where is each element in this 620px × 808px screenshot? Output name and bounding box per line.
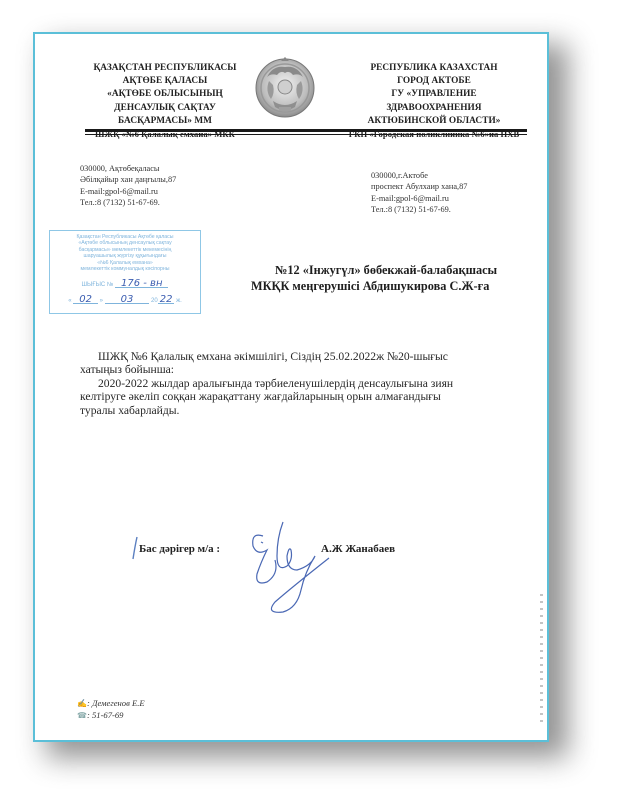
document-viewer: ҚАЗАҚСТАН РЕСПУБЛИКАСЫ АҚТӨБЕ ҚАЛАСЫ «АҚ…	[0, 0, 620, 808]
executor-line: ✍: Демегенов Е.Е	[77, 698, 145, 710]
header-left-line: «АҚТӨБЕ ОБЛЫСЫНЫҢ	[79, 88, 251, 101]
header-left-line: АҚТӨБЕ ҚАЛАСЫ	[79, 75, 251, 88]
stamp-date-suffix: ж.	[176, 298, 182, 304]
header-right-line: ЗДРАВООХРАНЕНИЯ	[339, 102, 529, 115]
scan-edge-artifact	[540, 594, 543, 724]
header-right-line: ГОРОД АКТОБЕ	[339, 75, 529, 88]
stamp-quote: «	[68, 298, 71, 304]
address-line: Әбілқайыр хан даңғылы,87	[80, 174, 176, 185]
signatory-name: А.Ж Жанабаев	[321, 543, 395, 555]
address-line: 030000, Ақтөбеқаласы	[80, 163, 176, 174]
state-emblem-icon	[253, 55, 317, 123]
stamp-date-month: 03	[105, 297, 150, 304]
pen-icon: ✍	[77, 699, 87, 708]
address-line: Тел.:8 (7132) 51-67-69.	[371, 204, 467, 215]
header-right-line: РЕСПУБЛИКА КАЗАХСТАН	[339, 62, 529, 75]
stamp-line: мемлекеттік коммуналдық кәсіпорны	[50, 266, 200, 272]
stamp-date-row: « 02 » 03 2022 ж.	[50, 297, 200, 304]
body-line: туралы хабарлайды.	[80, 404, 520, 417]
header-divider-thin	[85, 134, 527, 135]
address-line: Тел.:8 (7132) 51-67-69.	[80, 197, 176, 208]
addressee-line: №12 «Інжугүл» бөбекжай-балабақшасы	[251, 262, 551, 278]
addressee-block: №12 «Інжугүл» бөбекжай-балабақшасы МКҚК …	[251, 262, 551, 294]
address-left: 030000, Ақтөбеқаласы Әбілқайыр хан даңғы…	[80, 163, 176, 208]
body-line: 2020-2022 жылдар аралығында тәрбиеленуші…	[80, 377, 520, 390]
header-divider-thick	[85, 129, 527, 132]
body-line: хатыңыз бойынша:	[80, 363, 520, 376]
address-line: проспект Абулхаир хана,87	[371, 181, 467, 192]
executor-phone: : 51-67-69	[87, 710, 124, 720]
phone-line: ☎: 51-67-69	[77, 710, 145, 722]
outgoing-registration-stamp: Қазақстан Республикасы Ақтөбе қаласы «Ақ…	[49, 230, 201, 314]
header-right-line: ГУ «УПРАВЛЕНИЕ	[339, 88, 529, 101]
address-line: E-mail:gpol-6@mail.ru	[371, 193, 467, 204]
header-left-line: ҚАЗАҚСТАН РЕСПУБЛИКАСЫ	[79, 62, 251, 75]
handwritten-signature-icon	[231, 516, 341, 616]
header-left-line: ДЕНСАУЛЫҚ САҚТАУ	[79, 102, 251, 115]
executor-footer: ✍: Демегенов Е.Е ☎: 51-67-69	[77, 698, 145, 721]
address-right: 030000,г.Актобе проспект Абулхаир хана,8…	[371, 170, 467, 215]
stamp-number-row: ШЫҒЫС № 176 - вн	[50, 281, 200, 288]
address-line: E-mail:gpol-6@mail.ru	[80, 186, 176, 197]
address-line: 030000,г.Актобе	[371, 170, 467, 181]
stamp-date-year-prefix: 20	[151, 298, 158, 304]
stamp-date-year-suffix: 22	[158, 297, 175, 304]
header-left-line: БАСҚАРМАСЫ» ММ	[79, 115, 251, 128]
header-right-line: АКТЮБИНСКОЙ ОБЛАСТИ»	[339, 115, 529, 128]
body-line: ШЖҚ №6 Қалалық емхана әкімшілігі, Сіздің…	[80, 350, 520, 363]
phone-icon: ☎	[77, 711, 87, 720]
signatory-title: Бас дәрігер м/а :	[139, 543, 220, 555]
executor-name: : Демегенов Е.Е	[87, 698, 145, 708]
stamp-date-day: 02	[73, 297, 98, 304]
stamp-number-label: ШЫҒЫС №	[82, 282, 114, 288]
letter-page: ҚАЗАҚСТАН РЕСПУБЛИКАСЫ АҚТӨБЕ ҚАЛАСЫ «АҚ…	[33, 32, 549, 742]
body-line: келтіруге әкеліп соққан жарақаттану жағд…	[80, 390, 520, 403]
stamp-number-value: 176 - вн	[115, 281, 168, 288]
stamp-quote: »	[100, 298, 103, 304]
letter-body: ШЖҚ №6 Қалалық емхана әкімшілігі, Сіздің…	[80, 350, 520, 417]
addressee-line: МКҚК меңгерушісі Абдишукирова С.Ж-ға	[251, 278, 551, 294]
margin-pen-mark-icon	[132, 536, 138, 560]
